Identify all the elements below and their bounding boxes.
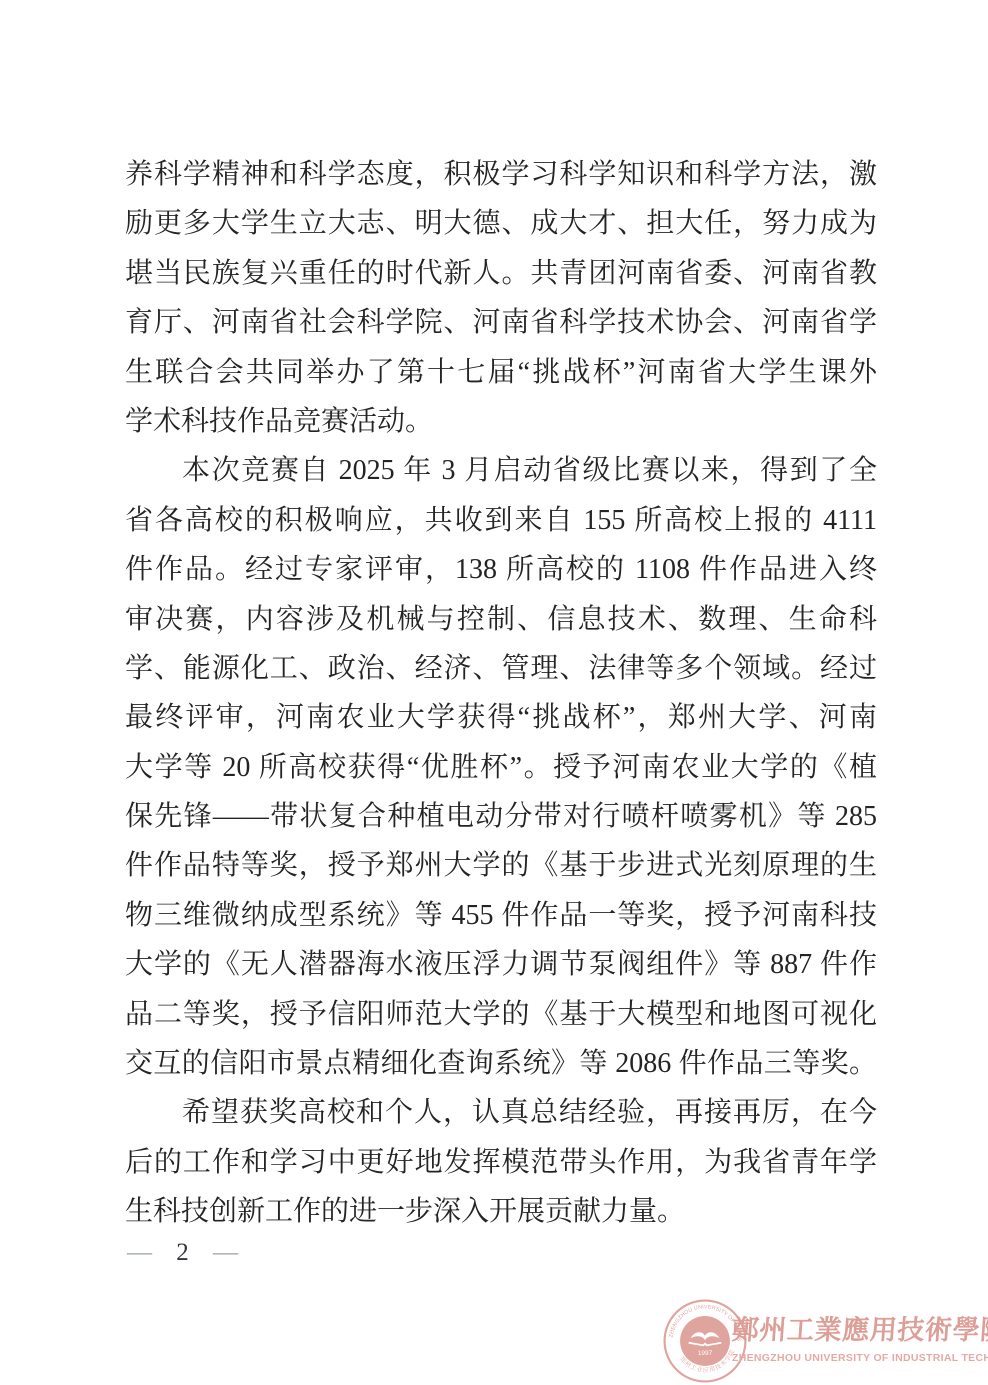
text-line: 后的工作和学习中更好地发挥模范带头作用，为我省青年学: [125, 1138, 877, 1187]
text-line: 保先锋——带状复合种植电动分带对行喷杆喷雾机》等 285: [125, 792, 877, 841]
university-logo-text: 鄭州工業應用技術學院 ZHENGZHOU UNIVERSITY OF INDUS…: [732, 1308, 988, 1364]
text-line: 学、能源化工、政治、经济、管理、法律等多个领域。经过: [125, 644, 877, 693]
text-line: 交互的信阳市景点精细化查询系统》等 2086 件作品三等奖。: [125, 1039, 877, 1088]
text-line: 省各高校的积极响应，共收到来自 155 所高校上报的 4111: [125, 496, 877, 545]
document-page: 养科学精神和科学态度，积极学习科学知识和科学方法，激励更多大学生立大志、明大德、…: [0, 0, 988, 1385]
text-line: 励更多大学生立大志、明大德、成大才、担大任，努力成为: [125, 199, 877, 248]
svg-text:1997: 1997: [698, 1350, 713, 1357]
text-line: 学术科技作品竞赛活动。: [125, 397, 877, 446]
university-name-en: ZHENGZHOU UNIVERSITY OF INDUSTRIAL TECHN…: [732, 1352, 988, 1364]
text-line: 最终评审，河南农业大学获得“挑战杯”，郑州大学、河南: [125, 693, 877, 742]
text-line: 生科技创新工作的进一步深入开展贡献力量。: [125, 1187, 877, 1236]
university-name-cn: 鄭州工業應用技術學院: [731, 1308, 988, 1347]
text-line: 生联合会共同举办了第十七届“挑战杯”河南省大学生课外: [125, 348, 877, 397]
text-line: 审决赛，内容涉及机械与控制、信息技术、数理、生命科: [125, 595, 877, 644]
text-line: 品二等奖，授予信阳师范大学的《基于大模型和地图可视化: [125, 990, 877, 1039]
text-line: 养科学精神和科学态度，积极学习科学知识和科学方法，激: [125, 150, 877, 199]
page-number-dash-left: —: [127, 1239, 152, 1266]
text-line: 本次竞赛自 2025 年 3 月启动省级比赛以来，得到了全: [125, 446, 877, 495]
text-line: 育厅、河南省社会科学院、河南省科学技术协会、河南省学: [125, 298, 877, 347]
page-number-value: 2: [176, 1239, 189, 1266]
text-line: 物三维微纳成型系统》等 455 件作品一等奖，授予河南科技: [125, 891, 877, 940]
university-logo: ZHENGZHOU UNIVERSITY OF INDUSTRIAL TECHN…: [656, 1294, 988, 1385]
text-line: 大学等 20 所高校获得“优胜杯”。授予河南农业大学的《植: [125, 743, 877, 792]
text-line: 堪当民族复兴重任的时代新人。共青团河南省委、河南省教: [125, 249, 877, 298]
text-line: 大学的《无人潜器海水液压浮力调节泵阀组件》等 887 件作: [125, 940, 877, 989]
page-number: — 2 —: [125, 1238, 240, 1268]
text-line: 件作品。经过专家评审，138 所高校的 1108 件作品进入终: [125, 545, 877, 594]
text-line: 件作品特等奖，授予郑州大学的《基于步进式光刻原理的生: [125, 841, 877, 890]
document-body: 养科学精神和科学态度，积极学习科学知识和科学方法，激励更多大学生立大志、明大德、…: [125, 150, 877, 1237]
text-line: 希望获奖高校和个人，认真总结经验，再接再厉，在今: [125, 1088, 877, 1137]
page-number-dash-right: —: [213, 1239, 238, 1266]
